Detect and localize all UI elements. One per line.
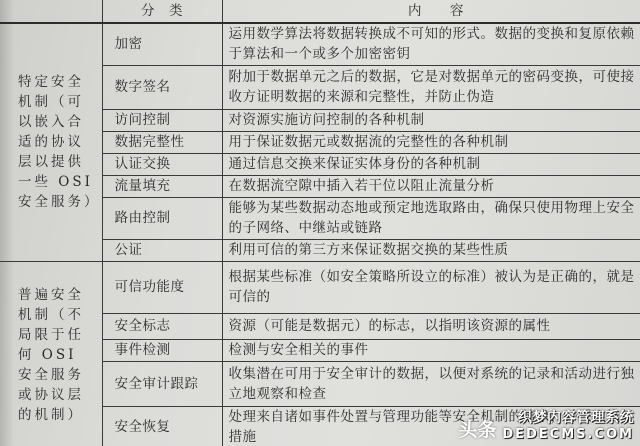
row-content: 收集潜在可用于安全审计的数据，以便对系统的记录和活动进行独立地观察和检查 <box>222 361 640 406</box>
row-content: 用于保证数据元或数据流的完整性的各种机制 <box>222 131 640 153</box>
dedecms-watermark: 织梦内容管理系统 DEDECMS.COM <box>502 407 634 442</box>
row-category: 认证交换 <box>102 153 222 175</box>
row-category: 事件检测 <box>102 339 222 361</box>
row-category: 安全恢复 <box>102 406 222 446</box>
row-category: 流量填充 <box>102 175 222 197</box>
row-content: 检测与安全相关的事件 <box>222 339 640 361</box>
header-category: 分 类 <box>102 0 222 23</box>
header-spacer <box>0 0 102 23</box>
row-content: 利用可信的第三方来保证数据交换的某些性质 <box>222 239 640 261</box>
row-category: 数据完整性 <box>102 131 222 153</box>
table-row: 普遍安全机制（不局限于任何 OSI 安全服务或协议层的机制） 可信功能度 根据某… <box>0 261 640 313</box>
row-category: 可信功能度 <box>102 261 222 313</box>
row-content: 对资源实施访问控制的各种机制 <box>222 109 640 131</box>
row-category: 公证 <box>102 239 222 261</box>
row-content: 附加于数据单元之后的数据，它是对数据单元的密码变换，可使接收方证明数据的来源和完… <box>222 65 640 109</box>
table-row: 特定安全机制（可以嵌入合适的协议层以提供一些 OSI 安全服务） 加密 运用数学… <box>0 23 640 65</box>
row-content: 在数据流空隙中插入若干位以阻止流量分析 <box>222 175 640 197</box>
security-mechanisms-table: 分 类 内 容 特定安全机制（可以嵌入合适的协议层以提供一些 OSI 安全服务）… <box>0 0 640 446</box>
header-content: 内 容 <box>222 0 640 23</box>
group-label-pervasive: 普遍安全机制（不局限于任何 OSI 安全服务或协议层的机制） <box>0 261 102 446</box>
dedecms-watermark-en: DEDECMS.COM <box>502 427 634 442</box>
row-content: 资源（可能是数据元）的标志，以指明该资源的属性 <box>222 313 640 339</box>
row-content: 根据某些标准（如安全策略所设立的标准）被认为是正确的，就是可信的 <box>222 261 640 313</box>
row-category: 访问控制 <box>102 109 222 131</box>
row-category: 路由控制 <box>102 197 222 239</box>
row-content: 运用数学算法将数据转换成不可知的形式。数据的变换和复原依赖于算法和一个或多个加密… <box>222 23 640 65</box>
group-label-specific: 特定安全机制（可以嵌入合适的协议层以提供一些 OSI 安全服务） <box>0 23 102 261</box>
row-category: 安全标志 <box>102 313 222 339</box>
toutiao-watermark: 头条 <box>458 415 496 442</box>
header-row: 分 类 内 容 <box>0 0 640 23</box>
row-category: 数字签名 <box>102 65 222 109</box>
row-content: 通过信息交换来保证实体身份的各种机制 <box>222 153 640 175</box>
row-category: 加密 <box>102 23 222 65</box>
watermark: 头条 织梦内容管理系统 DEDECMS.COM <box>458 407 634 442</box>
row-content: 能够为某些数据动态地或预定地选取路由，确保只使用物理上安全的子网络、中继站或链路 <box>222 197 640 239</box>
row-category: 安全审计跟踪 <box>102 361 222 406</box>
dedecms-watermark-cn: 织梦内容管理系统 <box>518 407 634 427</box>
